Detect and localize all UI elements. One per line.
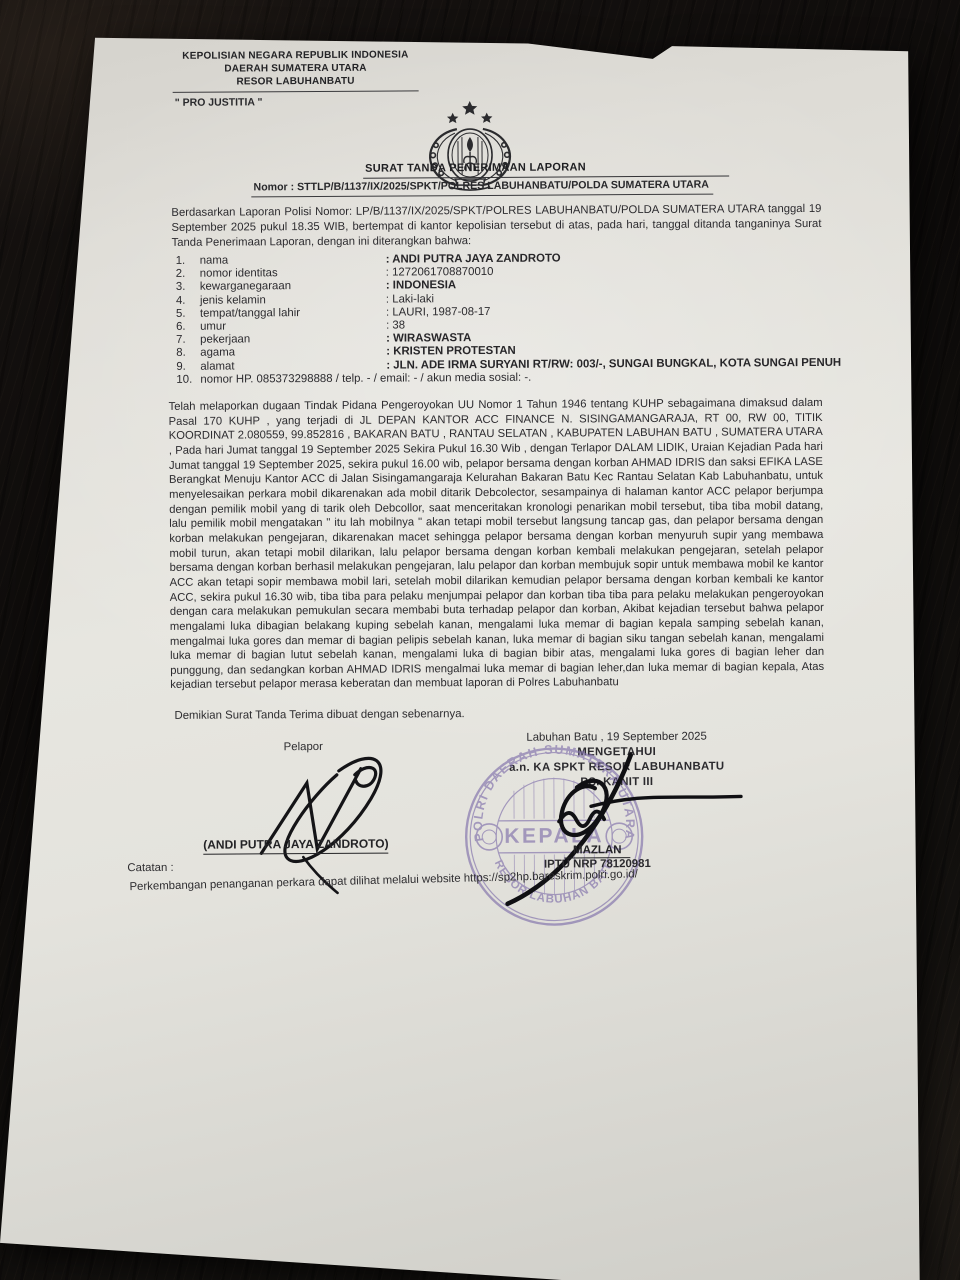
row-value: : KRISTEN PROTESTAN bbox=[386, 345, 516, 359]
official-signature-scribble bbox=[479, 750, 780, 917]
incident-narrative: Telah melaporkan dugaan Tindak Pidana Pe… bbox=[169, 396, 825, 693]
document-title: SURAT TANDA PENERIMAAN LAPORAN bbox=[365, 161, 586, 174]
row-label: tempat/tanggal lahir bbox=[200, 306, 386, 320]
closing-statement: Demikian Surat Tanda Terima dibuat denga… bbox=[174, 708, 464, 722]
reporter-role-label: Pelapor bbox=[284, 741, 323, 753]
official-name: MAZLAN bbox=[564, 844, 630, 858]
document-content: KEPOLISIAN NEGARA REPUBLIK INDONESIA DAE… bbox=[0, 0, 960, 1280]
row-value: nomor HP. 085373298888 / telp. - / email… bbox=[200, 372, 531, 387]
row-label: umur bbox=[200, 320, 386, 334]
row-value: : 38 bbox=[386, 319, 405, 332]
row-value: : WIRASWASTA bbox=[386, 332, 471, 346]
row-number: 5. bbox=[176, 308, 200, 321]
row-number: 10. bbox=[176, 374, 200, 387]
photo-scene: KEPOLISIAN NEGARA REPUBLIK INDONESIA DAE… bbox=[0, 0, 960, 1280]
intro-paragraph: Berdasarkan Laporan Polisi Nomor: LP/B/1… bbox=[171, 202, 821, 251]
letterhead-line1: KEPOLISIAN NEGARA REPUBLIK INDONESIA bbox=[172, 48, 418, 63]
document-number: Nomor : STTLP/B/1137/IX/2025/SPKT/POLRES… bbox=[241, 179, 721, 194]
row-number: 1. bbox=[176, 255, 200, 268]
row-label: alamat bbox=[200, 359, 386, 373]
row-number: 2. bbox=[176, 268, 200, 281]
row-value: : ANDI PUTRA JAYA ZANDROTO bbox=[386, 253, 561, 267]
pro-justitia-motto: " PRO JUSTITIA " bbox=[175, 96, 263, 109]
row-label: pekerjaan bbox=[200, 333, 386, 347]
row-label: jenis kelamin bbox=[200, 293, 386, 307]
row-label: nama bbox=[200, 254, 386, 268]
catatan-label: Catatan : bbox=[127, 862, 173, 874]
row-value: : INDONESIA bbox=[386, 280, 456, 294]
row-number: 4. bbox=[176, 294, 200, 307]
subject-row-kontak: 10. nomor HP. 085373298888 / telp. - / e… bbox=[176, 370, 836, 387]
row-number: 8. bbox=[176, 347, 200, 360]
row-value: : 1272061708870010 bbox=[386, 266, 494, 280]
row-number: 6. bbox=[176, 321, 200, 334]
row-label: agama bbox=[200, 346, 386, 360]
row-value: : JLN. ADE IRMA SURYANI RT/RW: 003/-, SU… bbox=[386, 356, 841, 372]
row-value: : Laki-laki bbox=[386, 293, 434, 306]
reporter-name: (ANDI PUTRA JAYA ZANDROTO) bbox=[203, 837, 388, 855]
row-value: : LAURI, 1987-08-17 bbox=[386, 306, 491, 320]
row-number: 3. bbox=[176, 281, 200, 294]
letterhead: KEPOLISIAN NEGARA REPUBLIK INDONESIA DAE… bbox=[172, 48, 418, 93]
row-number: 9. bbox=[176, 360, 200, 373]
row-label: nomor identitas bbox=[200, 267, 386, 281]
row-number: 7. bbox=[176, 334, 200, 347]
row-label: kewarganegaraan bbox=[200, 280, 386, 294]
letterhead-line3: RESOR LABUHANBATU bbox=[173, 74, 419, 89]
subject-detail-list: 1. nama : ANDI PUTRA JAYA ZANDROTO 2. no… bbox=[176, 251, 837, 387]
